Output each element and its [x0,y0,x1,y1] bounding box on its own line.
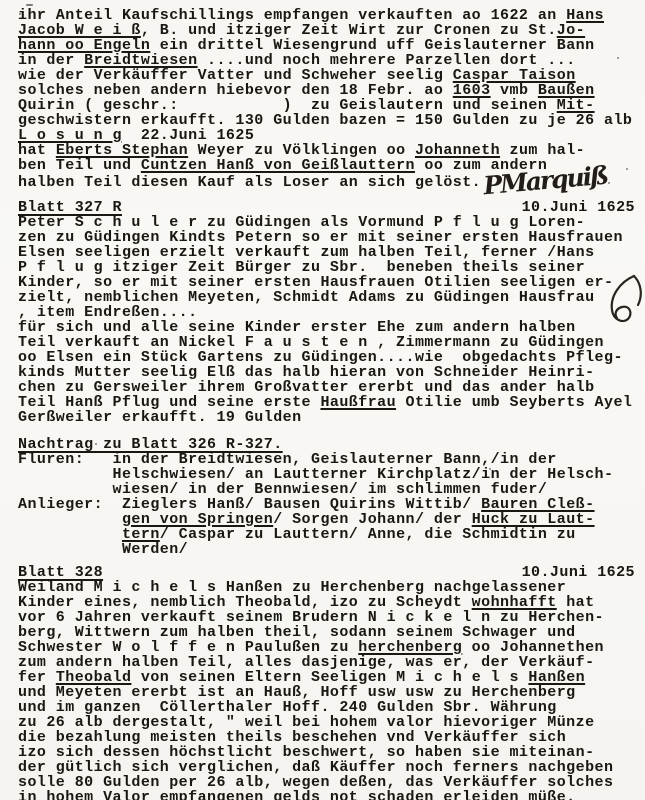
text-line: Schwester W o l f f e n Paulußen zu herc… [18,640,638,655]
text-line: Teil Hanß Pflug und seine erste Haußfrau… [18,395,638,410]
text-line: wiesen/ in der Bennwiesen/ im schlimmen … [18,482,638,497]
text-line: chen zu Gersweiler ihrem Großvatter erer… [18,380,638,395]
text-line: die bezahlung meisten theils beschehen v… [18,730,638,745]
text-line: Kinder, so er mit seiner ersten Hausfrau… [18,275,638,290]
scan-speck [95,443,97,445]
text-line: und im ganzen Cöllerthaler Hoff. 240 Gul… [18,700,638,715]
nachtrag-fluren-anlieger: Fluren: in der Breidtwiesen, Geislautern… [18,452,638,557]
entry-blatt-327r: Peter S c h u l e r zu Güdingen als Vorm… [18,215,638,425]
entry-blatt-328: Weiland M i c h e l s Hanßen zu Herchenb… [18,580,638,800]
text-line: berg, Wittwern zum halben theil, sodann … [18,625,638,640]
scan-speck [19,13,21,15]
text-line: und Meyeten ererbt ist an Hauß, Hoff usw… [18,685,638,700]
signature-handwriting: PMarquiß [483,171,607,192]
text-line: geschwistern erkaufft. 130 Gulden bazen … [18,113,638,128]
text-line: Werden/ [18,542,638,557]
text-line: Teil verkauft an Nickel F a u s t e n , … [18,335,638,350]
text-line: für sich und alle seine Kinder erster Eh… [18,320,638,335]
text-line: wie der Verkäuffer Vatter und Schweher s… [18,68,638,83]
text-line: solches neben andern hiebevor den 18 Feb… [18,83,638,98]
scan-speck [608,182,610,184]
section-heading: Blatt 327 R10.Juni 1625 [18,200,635,215]
scan-speck [617,57,619,59]
text-line: solle 80 Gulden per 26 alb, wegen deßen,… [18,775,638,790]
text-line: zum andern halben Teil, alles dasjenige,… [18,655,638,670]
text-line: Elsen seeligen erzielt verkauft zum halb… [18,245,638,260]
section-heading-title: Nachtrag zu Blatt 326 R-327. [18,437,283,452]
text-line: in der Breidtwiesen ....und noch mehrere… [18,53,638,68]
text-line: hat Eberts Stephan Weyer zu Völklingen o… [18,143,638,158]
text-line: Kinder eines, nemblich Theobald, izo zu … [18,595,638,610]
entry-blatt-326: ihr Anteil Kaufschillings empfangen verk… [18,8,638,188]
text-line: hann oo Engeln ein drittel Wiesengrund u… [18,38,638,53]
document-page: ihr Anteil Kaufschillings empfangen verk… [18,8,638,800]
text-line: izo sich dessen höchstlicht beschwert, s… [18,745,638,760]
text-line: kinds Mutter seelig Elß das halb hieran … [18,365,638,380]
text-line: fer Theobald von seinen Eltern Seeligen … [18,670,638,685]
text-line: , item Endreßen.... [18,305,638,320]
text-line: tern/ Caspar zu Lauttern/ Anne, die Schm… [18,527,638,542]
text-line: in hohem Valor empfangenen gelds not sch… [18,790,638,800]
text-line: ihr Anteil Kaufschillings empfangen verk… [18,8,638,23]
text-line: L o s u n g 22.Juni 1625 [18,128,638,143]
text-line: Fluren: in der Breidtwiesen, Geislautern… [18,452,638,467]
section-heading-title: Blatt 327 R [18,200,122,215]
text-line: Quirin ( geschr.: ) zu Geislautern und s… [18,98,638,113]
margin-annotation-icon [600,274,645,333]
text-line: der gütlich sich verglichen, daß Käuffer… [18,760,638,775]
text-line: P f l u g itziger Zeit Bürger zu Sbr. be… [18,260,638,275]
section-heading-date: 10.Juni 1625 [522,200,635,215]
section-heading: Blatt 32810.Juni 1625 [18,565,635,580]
text-line: Anlieger: Zieglers Hanß/ Bausen Quirins … [18,497,638,512]
scan-speck [586,341,588,343]
text-line: vor 6 Jahren verkauft seinem Brudern N i… [18,610,638,625]
scan-speck [26,4,33,6]
text-line: zu 26 alb dergestalt, " weil bei hohem v… [18,715,638,730]
scan-speck [489,468,491,470]
section-heading-title: Blatt 328 [18,565,103,580]
text-line: Jacob W e i ß, B. und itziger Zeit Wirt … [18,23,638,38]
text-line: zen zu Güdingen Kindts Petern so er mit … [18,230,638,245]
section-heading: Nachtrag zu Blatt 326 R-327. [18,437,635,452]
text-line: Gerßweiler erkaufft. 19 Gulden [18,410,638,425]
scan-speck [626,168,628,170]
text-line: halben Teil diesen Kauf als Loser an sic… [18,173,638,188]
section-heading-date: 10.Juni 1625 [522,565,635,580]
text-line: Peter S c h u l e r zu Güdingen als Vorm… [18,215,638,230]
text-line: zielt, nemblichen Meyeten, Schmidt Adams… [18,290,638,305]
text-line: gen von Springen/ Sorgen Johann/ der Huc… [18,512,638,527]
text-line: Helschwiesen/ an Lautterner Kirchplatz/i… [18,467,638,482]
text-line: oo Elsen ein Stück Gartens zu Güdingen..… [18,350,638,365]
text-line: Weiland M i c h e l s Hanßen zu Herchenb… [18,580,638,595]
